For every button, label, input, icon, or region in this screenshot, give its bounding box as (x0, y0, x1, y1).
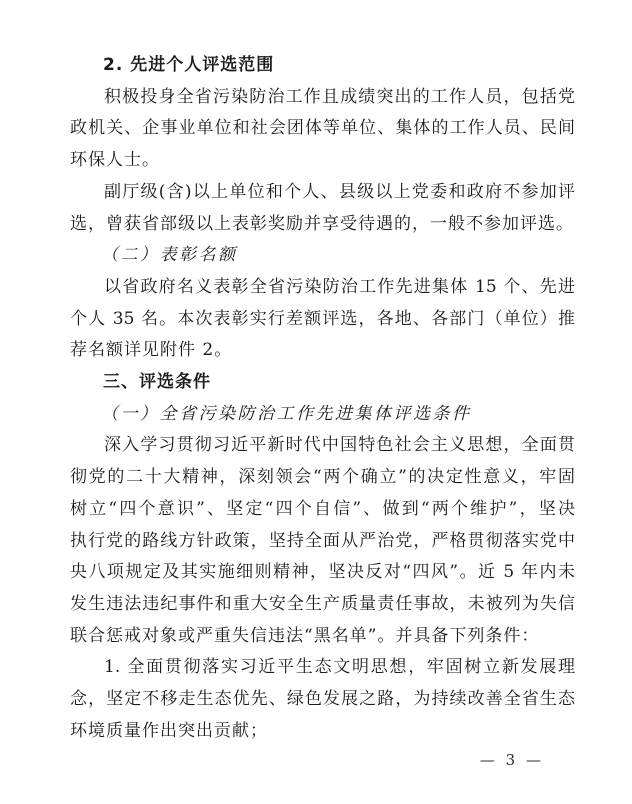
para-quota-line3: 荐名额详见附件 2。 (70, 335, 575, 367)
para-item1-line1: 1. 全面贯彻落实习近平生态文明思想，牢固树立新发展理 (70, 652, 575, 684)
page-number: — 3 — (480, 751, 544, 769)
para-political-line6: 发生违法违纪事件和重大安全生产质量责任事故，未被列为失信 (70, 589, 575, 621)
para-political-line3: 树立“四个意识”、坚定“四个自信”、做到“两个维护”，坚决 (70, 494, 575, 526)
para-quota-line1: 以省政府名义表彰全省污染防治工作先进集体 15 个、先进 (70, 272, 575, 304)
para-political-line7: 联合惩戒对象或严重失信违法“黑名单”。并具备下列条件： (70, 621, 575, 653)
heading-individual-scope: 2. 先进个人评选范围 (70, 50, 575, 82)
para-item1-line2: 念，坚定不移走生态优先、绿色发展之路，为持续改善全省生态 (70, 684, 575, 716)
heading-collective-criteria: （一）全省污染防治工作先进集体评选条件 (70, 399, 575, 431)
para-scope-line3: 环保人士。 (70, 145, 575, 177)
heading-criteria: 三、评选条件 (70, 367, 575, 399)
para-political-line5: 央八项规定及其实施细则精神，坚决反对“四风”。近 5 年内未 (70, 557, 575, 589)
document-page: 2. 先进个人评选范围 积极投身全省污染防治工作且成绩突出的工作人员，包括党 政… (0, 0, 632, 804)
para-political-line4: 执行党的路线方针政策，坚持全面从严治党，严格贯彻落实党中 (70, 526, 575, 558)
para-exclusion-line2: 选，曾获省部级以上表彰奖励并享受待遇的，一般不参加评选。 (70, 209, 575, 241)
para-exclusion-line1: 副厅级(含)以上单位和个人、县级以上党委和政府不参加评 (70, 177, 575, 209)
heading-quota: （二）表彰名额 (70, 240, 575, 272)
para-political-line2: 彻党的二十大精神，深刻领会“两个确立”的决定性意义，牢固 (70, 462, 575, 494)
para-scope-line2: 政机关、企事业单位和社会团体等单位、集体的工作人员、民间 (70, 113, 575, 145)
para-political-line1: 深入学习贯彻习近平新时代中国特色社会主义思想，全面贯 (70, 430, 575, 462)
document-body: 2. 先进个人评选范围 积极投身全省污染防治工作且成绩突出的工作人员，包括党 政… (70, 50, 575, 747)
para-item1-line3: 环境质量作出突出贡献； (70, 716, 575, 748)
para-scope-line1: 积极投身全省污染防治工作且成绩突出的工作人员，包括党 (70, 82, 575, 114)
para-quota-line2: 个人 35 名。本次表彰实行差额评选，各地、各部门（单位）推 (70, 304, 575, 336)
